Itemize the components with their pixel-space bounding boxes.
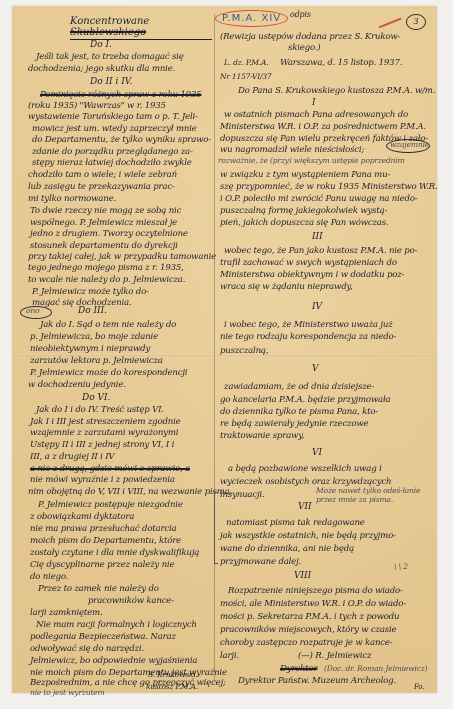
text-line: pracowników kance-	[88, 596, 174, 606]
text-line: natomiast pisma tak redagowane	[226, 518, 365, 528]
signature-footer: Dyrektor Państw. Muzeum Archeolog.	[238, 676, 396, 686]
text-line: insynuacji.	[220, 490, 265, 500]
text-line: a będą pozbawione wszelkich uwag i	[228, 464, 382, 474]
text-line: Pominięcie różnych spraw z roku 1935	[40, 90, 201, 100]
text-line: nie tego rodzaju korespondencja za niedo…	[220, 332, 396, 342]
text-line: nim obojętną do V, VII i VIII, na wezwan…	[28, 487, 232, 497]
text-line: Rozpatrzenie niniejszego pisma do wiado-	[228, 586, 403, 596]
text-line: w związku z tym wystąpieniem Pana mu-	[220, 170, 390, 180]
text-line: do niego.	[30, 572, 68, 582]
signature-name: S. Krukowski	[148, 670, 196, 680]
place-date: Warszawa, d. 15 listop. 1937.	[280, 58, 402, 68]
text-line: P. Jelmiewicz może tylko do-	[32, 287, 149, 297]
text-line: wraca się w żądaniu nieprawdy,	[220, 282, 353, 292]
text-line: dochodzenia; jego skutku dla mnie.	[28, 64, 175, 74]
document-page: Koncentrowane Skublewskiego Do I. Jeśli …	[12, 6, 437, 693]
signature-struck: Dyrektor	[280, 664, 317, 674]
text-line: stępy nieraz łatwiej dochodziło zwykle	[32, 158, 192, 168]
text-line: To dwie rzeczy nie mogą ze sobą nic	[30, 206, 181, 216]
text-line: P. Jelmiewicz może do korespondencji	[30, 368, 187, 378]
text-line: a nie z drugą, gdzie mówi o sprawie, a	[30, 464, 190, 474]
section-heading: Do II i IV.	[90, 77, 133, 87]
text-line: choroby zastępczo rozpatruje je w kance-	[220, 638, 393, 648]
text-line: i O.P. poleciło mi zwrócić Panu uwagę na…	[220, 194, 418, 204]
section-heading: IV	[312, 302, 322, 312]
text-line: P. Jelmiewicz postępuje niezgodnie	[38, 500, 183, 510]
text-line: Cię dyscyplinarne przez należy nie	[30, 560, 174, 570]
signature-title: kustosz P.M.A.	[146, 682, 198, 692]
addressee: Do Pana S. Krukowskiego kustosza P.M.A. …	[238, 86, 435, 96]
text-line: Ministerstwa obiektywnym i w dodatku poz…	[220, 270, 404, 280]
red-check-mark	[378, 18, 401, 29]
text-line: to wcale nie należy do p. Jelmiewicza.	[28, 275, 185, 285]
text-line: Nie mam racji formalnych i logicznych	[36, 620, 197, 630]
text-line: wu nagromadził wiele nieścisłości;	[220, 145, 364, 155]
section-heading: Do VI.	[82, 393, 110, 403]
title-text: Koncentrowane	[70, 16, 149, 27]
text-line: lub zasięgu te przekazywania prac-	[28, 182, 175, 192]
text-line: zostały czytane i dla mnie dyskwalifikuj…	[30, 548, 199, 558]
text-line: Przez to zamek nie należy do	[38, 584, 159, 594]
text-line: larji zamkniętem.	[30, 608, 103, 618]
text-line: w dochodzeniu jedynie.	[28, 380, 126, 390]
text-line: wane do dziennika, ani nie będą	[220, 544, 354, 554]
text-line: pień, jakich dopuszcza się Pan wówczas.	[220, 218, 388, 228]
section-heading: Do I.	[90, 40, 112, 50]
text-line: Jak I i III jest streszczeniem zgodnie	[30, 417, 181, 427]
text-line: larji.	[220, 651, 239, 661]
left-title: Koncentrowane Skublewskiego	[70, 16, 212, 40]
text-line: przy takiej całej, jak w przypadku tamow…	[28, 252, 216, 262]
section-heading: I	[312, 98, 316, 108]
text-line: wystawienie Toruńskiego tam o p. T. Jeli…	[28, 112, 198, 122]
text-line: III, a z drugiej II i IV	[30, 452, 114, 462]
text-line: nie moich pism do Departamentu jest wyra…	[30, 668, 227, 678]
text-line: jedno z drugiem. Tworzy oczytelnione	[30, 229, 188, 239]
margin-bracket	[214, 492, 218, 564]
margin-note: Może nawet tylko odeś-łanie przez mnie z…	[316, 486, 426, 504]
section-heading: VIII	[294, 571, 311, 581]
section-heading: III	[312, 232, 323, 242]
header-note: (Rewizja ustępów dodana przez S. Krukow-	[220, 32, 400, 42]
text-line: pracowników miejscowych, który w czasie	[220, 625, 396, 635]
initials: Fo.	[414, 682, 424, 692]
text-line: puszczalną,	[220, 346, 268, 356]
text-line: mości p. Sekretarza P.M.A. i tych z powo…	[220, 612, 399, 622]
text-line: moich pism do Departamentu, które	[30, 536, 181, 546]
text-line: szę przypomnieć, że w roku 1935 Minister…	[220, 182, 438, 192]
title-struck-text: Skublewskiego	[70, 27, 146, 38]
section-heading: VII	[298, 502, 312, 512]
signature-line: (—) R. Jelmiewicz	[298, 651, 371, 661]
text-line: wspólnego. P. Jelmiewicz mieszał je	[30, 218, 177, 228]
text-line: Ustępy II i III z jednej strony VI, I i	[30, 440, 174, 450]
text-line: re będą zawierały jedynie rzeczowe	[220, 419, 368, 429]
text-line: wzajemnie z zarzutami wyrażonymi	[30, 428, 178, 438]
section-heading: V	[312, 364, 319, 374]
archive-stamp: P.M.A. XIV	[215, 10, 288, 27]
text-line: traktowanie sprawy,	[220, 431, 304, 441]
text-line: tego jednego mojego pisma z r. 1935,	[28, 263, 184, 273]
text-line: nie to jest wyrzutem	[30, 688, 105, 698]
corner-marks: \ \ 2	[394, 562, 408, 572]
text-line: mości, ale Ministerstwo W.R. i O.P. do w…	[220, 599, 406, 609]
header-note: skiego.)	[288, 43, 320, 53]
text-line: zdanie do porządku przeglądanego za-	[32, 147, 193, 157]
text-line: w ostatnich pismach Pana adresowanych do	[224, 110, 408, 120]
text-line: i wobec tego, że Ministerstwo uważa już	[224, 320, 393, 330]
section-heading: VI	[312, 448, 322, 458]
column-divider	[214, 14, 215, 681]
text-line: przyjmowane dalej.	[220, 557, 301, 567]
stamp-note: odpis	[290, 10, 311, 20]
page-number: 3	[406, 14, 426, 30]
text-line: zarzutów lektora p. Jelmiewicza	[30, 356, 163, 366]
reference-number: Nr 1157-VI/37	[220, 72, 271, 82]
circled-word: wzajemnie	[390, 140, 429, 150]
text-line: Jak do I i do IV. Treść ustęp VI.	[36, 405, 164, 415]
text-line: mi tylko normowane.	[28, 194, 116, 204]
text-line: nie mówi wyraźnie i z powiedzenia	[30, 475, 175, 485]
text-line: go kancelaria P.M.A. będzie przyjmowała	[220, 395, 390, 405]
text-line: jak wszystkie ostatnich, nie będą przyjm…	[220, 531, 396, 541]
text-line: nie ma prawa przesłuchać dotarcia	[30, 524, 176, 534]
text-line: podlegania Bezpieczeństwa. Naraz	[30, 632, 176, 642]
text-line: wobec tego, że Pan jako kustosz P.M.A. n…	[224, 246, 417, 256]
text-line: Jelmiewicz, bo odpowiednie wyjaśnienia	[30, 656, 197, 666]
text-line: Jeśli tak jest, to trzeba domagać się	[36, 52, 184, 62]
text-line: Jak do I. Sąd o tem nie należy do	[40, 320, 176, 330]
text-line: chodziło tam o wiele; i wiele zebrań	[28, 170, 177, 180]
text-line: odwoływać się do narzędzi.	[30, 644, 144, 654]
signature-full: (Doc. dr. Roman Jelmiewicz)	[324, 664, 427, 674]
text-line: (roku 1935) "Wawrzas" w r. 1935	[28, 101, 166, 111]
text-line: z obowiązkami dyktatora	[30, 512, 134, 522]
text-line: p. Jelmiewicza, bo moje zdanie	[30, 332, 158, 342]
text-line: zawiadamiam, że od dnia dzisiejsze-	[224, 382, 374, 392]
text-line: nieobiektywnym i nieprawdy	[30, 344, 150, 354]
text-line: puszczalną formę jakiegokolwiek wystą-	[220, 206, 387, 216]
text-line: do Departamentu, że tylko wyniku sprawo-	[32, 135, 211, 145]
margin-note: ono	[26, 306, 39, 316]
text-line: Ministerstwa W.R. i O.P. za pośrednictwe…	[220, 122, 426, 132]
reference: L. dz. P.M.A.	[224, 58, 268, 68]
text-line: trafił zachować w swych wystąpieniach do	[220, 258, 397, 268]
inserted-note: rozważnie, że (przy) większym ustępie po…	[218, 156, 404, 166]
text-line: do dziennika tylko te pisma Pana, kto-	[220, 407, 378, 417]
section-heading: Do III.	[78, 306, 107, 316]
text-line: stosunek departamentu do dyrekcji	[30, 241, 178, 251]
text-line: mowicz jest um. wtedy zaprzeczył mnie	[32, 124, 197, 134]
